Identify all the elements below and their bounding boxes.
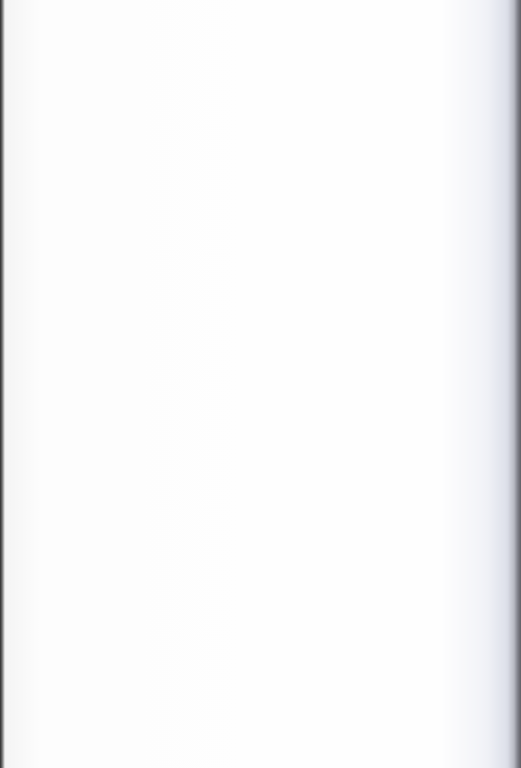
scanned-page (0, 0, 521, 768)
page-edge-shadow (488, 0, 521, 768)
